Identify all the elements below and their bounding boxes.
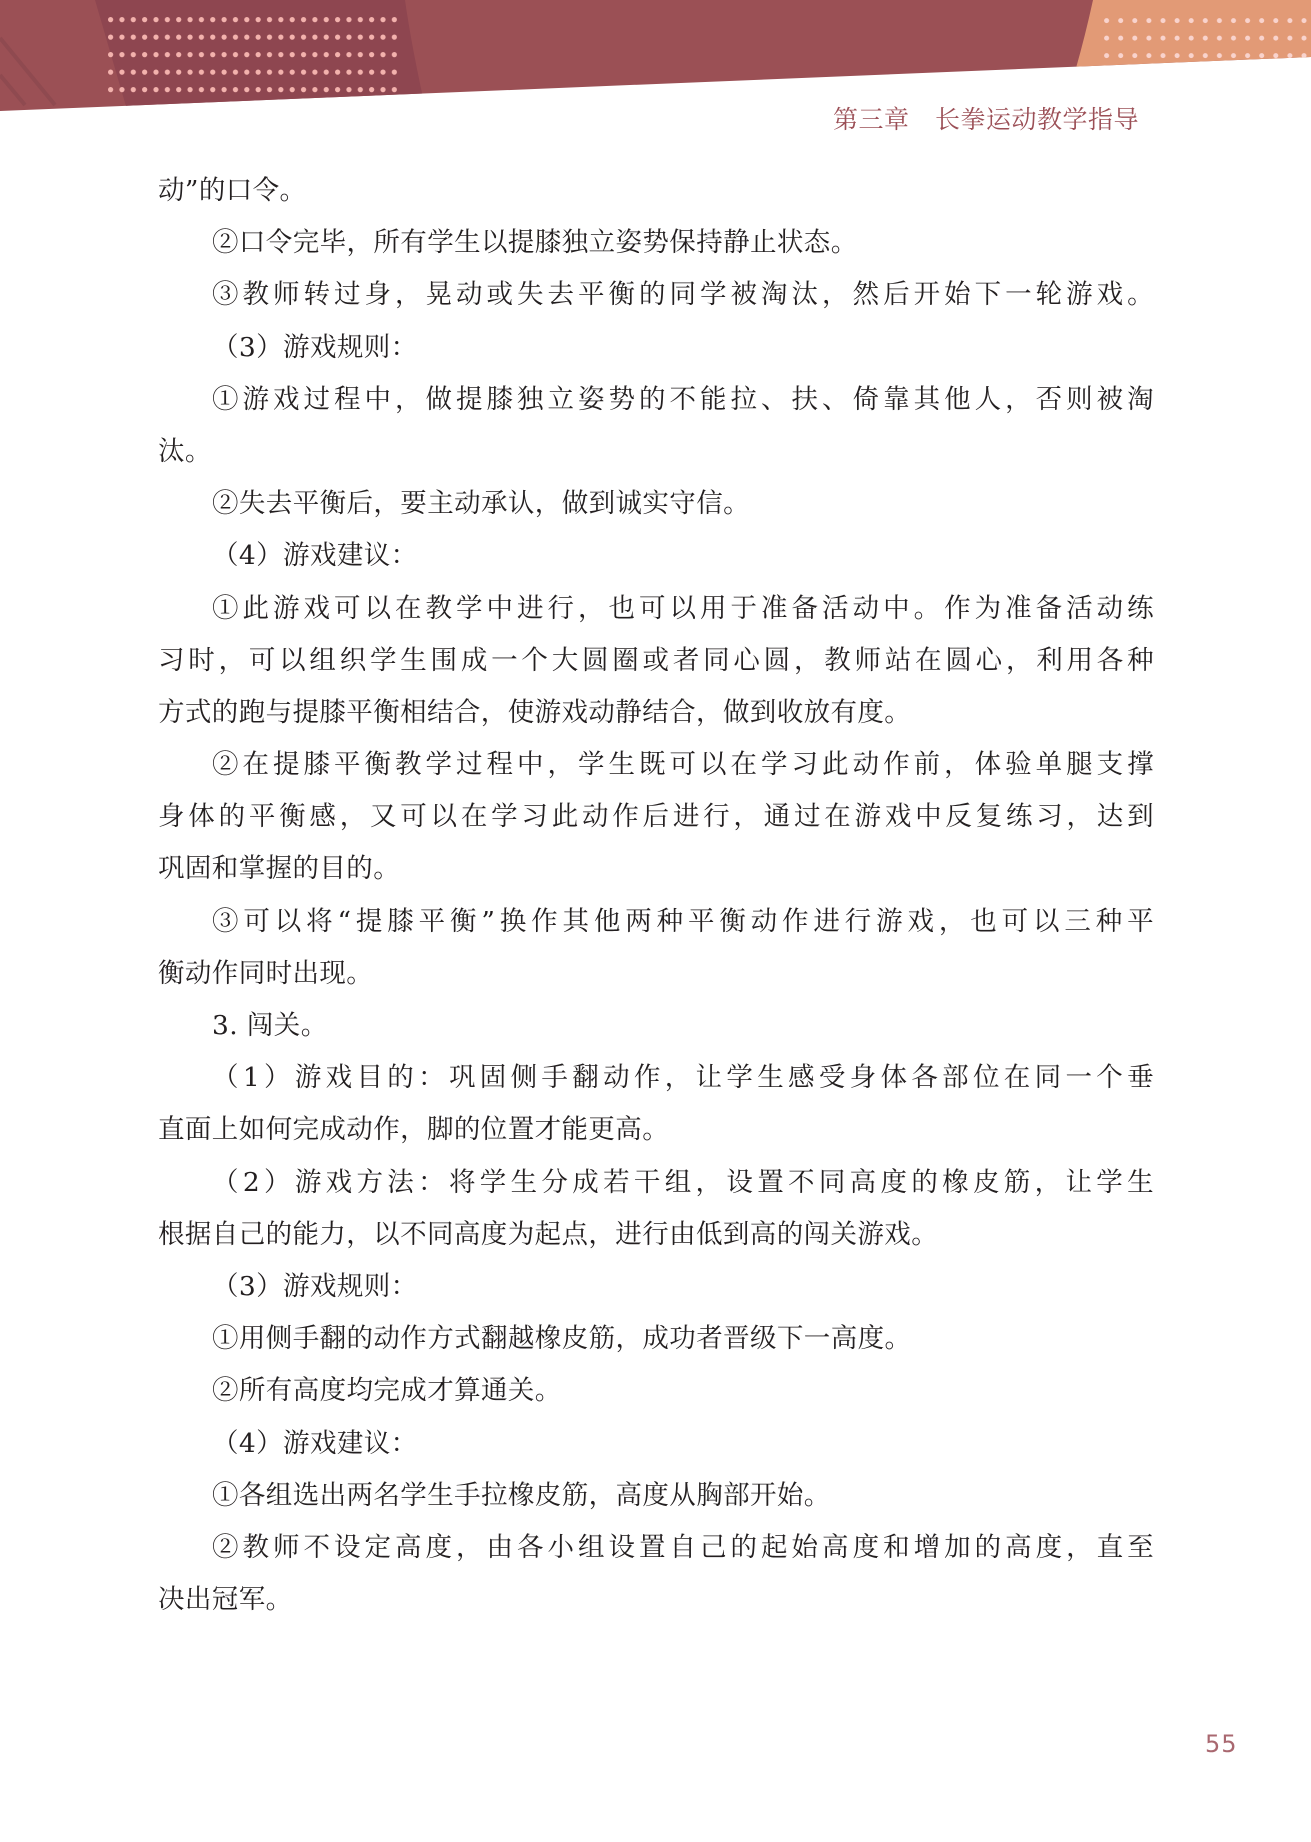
- text-line: 方式的跑与提膝平衡相结合，使游戏动静结合，做到收放有度。: [158, 693, 1154, 745]
- text-line: （4）游戏建议：: [158, 1424, 1154, 1476]
- text-line: 3. 闯关。: [158, 1006, 1154, 1058]
- text-line: ①此游戏可以在教学中进行，也可以用于准备活动中。作为准备活动练: [158, 589, 1154, 641]
- chapter-running-head: 第三章 长拳运动教学指导: [833, 100, 1163, 136]
- text-line: 身体的平衡感，又可以在学习此动作后进行，通过在游戏中反复练习，达到: [158, 797, 1154, 849]
- text-line: 根据自己的能力，以不同高度为起点，进行由低到高的闯关游戏。: [158, 1215, 1154, 1267]
- text-line: ③可以将“提膝平衡”换作其他两种平衡动作进行游戏，也可以三种平: [158, 902, 1154, 954]
- text-line: ②教师不设定高度，由各小组设置自己的起始高度和增加的高度，直至: [158, 1528, 1154, 1580]
- text-line: ②口令完毕，所有学生以提膝独立姿势保持静止状态。: [158, 223, 1154, 275]
- text-line: ②在提膝平衡教学过程中，学生既可以在学习此动作前，体验单腿支撑: [158, 745, 1154, 797]
- text-line: 汰。: [158, 432, 1154, 484]
- text-line: （3）游戏规则：: [158, 328, 1154, 380]
- text-line: （3）游戏规则：: [158, 1267, 1154, 1319]
- text-line: 动”的口令。: [158, 171, 1154, 223]
- text-line: 巩固和掌握的目的。: [158, 849, 1154, 901]
- text-line: ③教师转过身，晃动或失去平衡的同学被淘汰，然后开始下一轮游戏。: [158, 275, 1154, 327]
- text-line: （2）游戏方法：将学生分成若干组，设置不同高度的橡皮筋，让学生: [158, 1163, 1154, 1215]
- text-line: ①游戏过程中，做提膝独立姿势的不能拉、扶、倚靠其他人，否则被淘: [158, 380, 1154, 432]
- text-line: ②失去平衡后，要主动承认，做到诚实守信。: [158, 484, 1154, 536]
- text-line: （1）游戏目的：巩固侧手翻动作，让学生感受身体各部位在同一个垂: [158, 1058, 1154, 1110]
- text-line: 衡动作同时出现。: [158, 954, 1154, 1006]
- text-line: ②所有高度均完成才算通关。: [158, 1371, 1154, 1423]
- page-body: 动”的口令。②口令完毕，所有学生以提膝独立姿势保持静止状态。③教师转过身，晃动或…: [158, 171, 1154, 1632]
- text-line: （4）游戏建议：: [158, 536, 1154, 588]
- text-line: 决出冠军。: [158, 1580, 1154, 1632]
- text-line: 直面上如何完成动作，脚的位置才能更高。: [158, 1110, 1154, 1162]
- page-number: 55: [1205, 1730, 1238, 1758]
- text-line: 习时，可以组织学生围成一个大圆圈或者同心圆，教师站在圆心，利用各种: [158, 641, 1154, 693]
- text-line: ①各组选出两名学生手拉橡皮筋，高度从胸部开始。: [158, 1476, 1154, 1528]
- text-line: ①用侧手翻的动作方式翻越橡皮筋，成功者晋级下一高度。: [158, 1319, 1154, 1371]
